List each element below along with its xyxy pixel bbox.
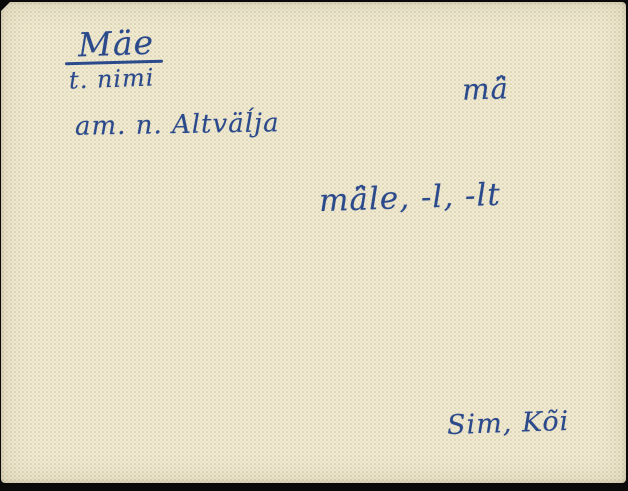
pronunciation-short: mä̂ — [461, 71, 509, 107]
pronunciation-with-case-endings: mä̂le, -l, -lt — [318, 177, 501, 219]
name-type-label: t. nimi — [69, 64, 155, 95]
scan-corner-shadow — [0, 0, 12, 12]
headword: Mäe — [77, 23, 154, 65]
parish-abbreviations: Sim, Kõi — [446, 406, 569, 441]
index-card-paper: Mäe t. nimi am. n. Altväĺja mä̂ mä̂le, -… — [1, 2, 626, 483]
scanned-card: Mäe t. nimi am. n. Altväĺja mä̂ mä̂le, -… — [0, 0, 628, 491]
official-name-line: am. n. Altväĺja — [75, 108, 280, 142]
